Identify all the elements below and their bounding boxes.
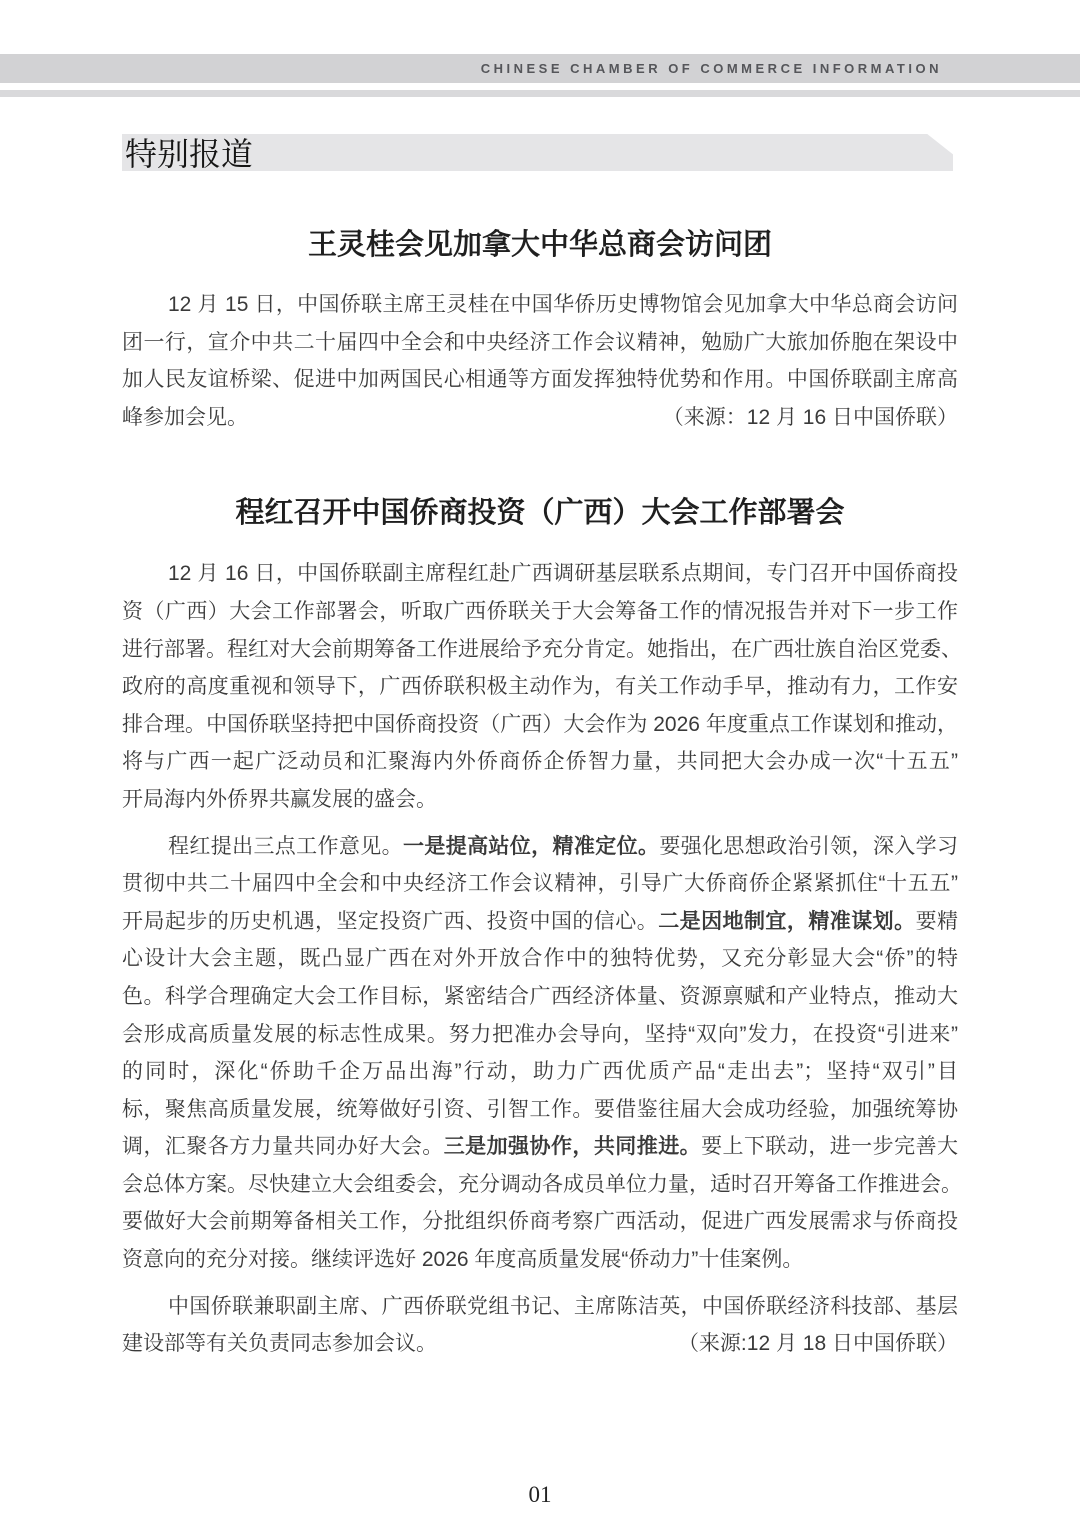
body-line-text: 程红提出三点工作意见。一是提高站位，精准定位。要强化思想政治引领，深入学习 [168,835,958,858]
body-line-text: 心设计大会主题，既凸显广西在对外开放合作中的独特优势，又充分彰显大会“侨”的特 [122,947,958,970]
body-line-text: 标，聚焦高质量发展，统筹做好引资、引智工作。要借鉴往届大会成功经验，加强统筹协 [122,1098,958,1121]
text-run: 会形成高质量发展的标志性成果。努力把准办会导向，坚持“双向”发力，在投资“引进来… [122,1023,958,1046]
article-title: 王灵桂会见加拿大中华总商会访问团 [122,223,958,267]
body-line-text: 要做好大会前期筹备相关工作，分批组织侨商考察广西活动，促进广西发展需求与侨商投 [122,1210,958,1233]
header-rule [0,90,1080,97]
body-line-text: 开局起步的历史机遇，坚定投资广西、投资中国的信心。二是因地制宜，精准谋划。要精 [122,910,958,933]
body-line-text: 政府的高度重视和领导下，广西侨联积极主动作为，有关工作动手早，推动有力，工作安 [122,675,958,698]
body-line-text: 会形成高质量发展的标志性成果。努力把准办会导向，坚持“双向”发力，在投资“引进来… [122,1023,958,1046]
body-line: 12 月 16 日，中国侨联副主席程红赴广西调研基层联系点期间，专门召开中国侨商… [122,555,958,593]
body-line: 程红提出三点工作意见。一是提高站位，精准定位。要强化思想政治引领，深入学习 [122,828,958,866]
body-line: 峰参加会见。（来源：12 月 16 日中国侨联） [122,399,958,437]
text-run: 建设部等有关负责同志参加会议。 [122,1332,437,1355]
section-title: 特别报道 [125,133,253,175]
body-line: 要做好大会前期筹备相关工作，分批组织侨商考察广西活动，促进广西发展需求与侨商投 [122,1203,958,1241]
source-note: （来源：12 月 16 日中国侨联） [663,399,958,437]
body-line: 标，聚焦高质量发展，统筹做好引资、引智工作。要借鉴往届大会成功经验，加强统筹协 [122,1091,958,1129]
bold-run: 二是因地制宜，精准谋划。 [658,910,915,933]
article-title: 程红召开中国侨商投资（广西）大会工作部署会 [122,491,958,535]
source-note: （来源:12 月 18 日中国侨联） [678,1325,958,1363]
page-number: 01 [0,1482,1080,1508]
text-run: 峰参加会见。 [122,406,248,429]
body-line-text: 色。科学合理确定大会工作目标，紧密结合广西经济体量、资源禀赋和产业特点，推动大 [122,985,958,1008]
text-run: 标，聚焦高质量发展，统筹做好引资、引智工作。要借鉴往届大会成功经验，加强统筹协 [122,1098,958,1121]
body-line: 开局海内外侨界共赢发展的盛会。 [122,781,958,819]
body-line: 贯彻中共二十届四中全会和中央经济工作会议精神，引导广大侨商侨企紧紧抓住“十五五” [122,865,958,903]
body-line-text: 中国侨联兼职副主席、广西侨联党组书记、主席陈洁英，中国侨联经济科技部、基层 [168,1295,958,1318]
text-run: 政府的高度重视和领导下，广西侨联积极主动作为，有关工作动手早，推动有力，工作安 [122,675,958,698]
body-line-text: 峰参加会见。 [122,399,248,437]
body-line: 色。科学合理确定大会工作目标，紧密结合广西经济体量、资源禀赋和产业特点，推动大 [122,978,958,1016]
header-banner-text: CHINESE CHAMBER OF COMMERCE INFORMATION [481,61,1080,76]
body-line-text: 将与广西一起广泛动员和汇聚海内外侨商侨企侨智力量，共同把大会办成一次“十五五” [122,750,958,773]
body-line: 调，汇聚各方力量共同办好大会。三是加强协作，共同推进。要上下联动，进一步完善大 [122,1128,958,1166]
body-line: 排合理。中国侨联坚持把中国侨商投资（广西）大会作为 2026 年度重点工作谋划和… [122,706,958,744]
body-line: 会总体方案。尽快建立大会组委会，充分调动各成员单位力量，适时召开筹备工作推进会。 [122,1166,958,1204]
body-line-text: 调，汇聚各方力量共同办好大会。三是加强协作，共同推进。要上下联动，进一步完善大 [122,1135,958,1158]
paragraph: 12 月 15 日，中国侨联主席王灵桂在中国华侨历史博物馆会见加拿大中华总商会访… [122,286,958,436]
body-line: 资意向的充分对接。继续评选好 2026 年度高质量发展“侨动力”十佳案例。 [122,1241,958,1279]
paragraph: 12 月 16 日，中国侨联副主席程红赴广西调研基层联系点期间，专门召开中国侨商… [122,555,958,818]
body-line: 12 月 15 日，中国侨联主席王灵桂在中国华侨历史博物馆会见加拿大中华总商会访… [122,286,958,324]
articles-container: 王灵桂会见加拿大中华总商会访问团12 月 15 日，中国侨联主席王灵桂在中国华侨… [122,218,958,1363]
text-run: 会总体方案。尽快建立大会组委会，充分调动各成员单位力量，适时召开筹备工作推进会。 [122,1173,962,1196]
body-line-text: 进行部署。程红对大会前期筹备工作进展给予充分肯定。她指出，在广西壮族自治区党委、 [122,638,962,661]
body-line-text: 资意向的充分对接。继续评选好 2026 年度高质量发展“侨动力”十佳案例。 [122,1248,803,1271]
body-line: 的同时，深化“侨助千企万品出海”行动，助力广西优质产品“走出去”；坚持“双引”目 [122,1053,958,1091]
body-line-text: 建设部等有关负责同志参加会议。 [122,1325,437,1363]
text-run: 程红提出三点工作意见。 [168,835,403,858]
bold-run: 一是提高站位，精准定位。 [403,835,659,858]
body-line-text: 的同时，深化“侨助千企万品出海”行动，助力广西优质产品“走出去”；坚持“双引”目 [122,1060,958,1083]
text-run: 开局起步的历史机遇，坚定投资广西、投资中国的信心。 [122,910,658,933]
body-line-text: 贯彻中共二十届四中全会和中央经济工作会议精神，引导广大侨商侨企紧紧抓住“十五五” [122,872,958,895]
body-line: 资（广西）大会工作部署会，听取广西侨联关于大会筹备工作的情况报告并对下一步工作 [122,593,958,631]
body-line: 中国侨联兼职副主席、广西侨联党组书记、主席陈洁英，中国侨联经济科技部、基层 [122,1288,958,1326]
body-line-text: 排合理。中国侨联坚持把中国侨商投资（广西）大会作为 2026 年度重点工作谋划和… [122,713,958,736]
paragraph: 程红提出三点工作意见。一是提高站位，精准定位。要强化思想政治引领，深入学习贯彻中… [122,828,958,1279]
body-line: 心设计大会主题，既凸显广西在对外开放合作中的独特优势，又充分彰显大会“侨”的特 [122,940,958,978]
body-line: 建设部等有关负责同志参加会议。（来源:12 月 18 日中国侨联） [122,1325,958,1363]
text-run: 调，汇聚各方力量共同办好大会。 [122,1135,444,1158]
text-run: 要上下联动，进一步完善大 [701,1135,958,1158]
bold-run: 三是加强协作，共同推进。 [444,1135,701,1158]
text-run: 要强化思想政治引领，深入学习 [659,835,958,858]
body-line: 进行部署。程红对大会前期筹备工作进展给予充分肯定。她指出，在广西壮族自治区党委、 [122,631,958,669]
text-run: 贯彻中共二十届四中全会和中央经济工作会议精神，引导广大侨商侨企紧紧抓住“十五五” [122,872,958,895]
text-run: 12 月 16 日，中国侨联副主席程红赴广西调研基层联系点期间，专门召开中国侨商… [168,562,958,585]
text-run: 12 月 15 日，中国侨联主席王灵桂在中国华侨历史博物馆会见加拿大中华总商会访… [168,293,958,316]
section-header: 特别报道 [122,134,953,171]
text-run: 要精 [916,910,958,933]
text-run: 将与广西一起广泛动员和汇聚海内外侨商侨企侨智力量，共同把大会办成一次“十五五” [122,750,958,773]
text-run: 色。科学合理确定大会工作目标，紧密结合广西经济体量、资源禀赋和产业特点，推动大 [122,985,958,1008]
paragraph: 中国侨联兼职副主席、广西侨联党组书记、主席陈洁英，中国侨联经济科技部、基层建设部… [122,1288,958,1363]
body-line: 会形成高质量发展的标志性成果。努力把准办会导向，坚持“双向”发力，在投资“引进来… [122,1016,958,1054]
body-line: 团一行，宣介中共二十届四中全会和中央经济工作会议精神，勉励广大旅加侨胞在架设中 [122,324,958,362]
text-run: 心设计大会主题，既凸显广西在对外开放合作中的独特优势，又充分彰显大会“侨”的特 [122,947,958,970]
text-run: 进行部署。程红对大会前期筹备工作进展给予充分肯定。她指出，在广西壮族自治区党委、 [122,638,962,661]
body-line-text: 开局海内外侨界共赢发展的盛会。 [122,788,437,811]
body-line-text: 12 月 16 日，中国侨联副主席程红赴广西调研基层联系点期间，专门召开中国侨商… [168,562,958,585]
body-line-text: 团一行，宣介中共二十届四中全会和中央经济工作会议精神，勉励广大旅加侨胞在架设中 [122,331,958,354]
body-line-text: 12 月 15 日，中国侨联主席王灵桂在中国华侨历史博物馆会见加拿大中华总商会访… [168,293,958,316]
body-line: 加人民友谊桥梁、促进中加两国民心相通等方面发挥独特优势和作用。中国侨联副主席高 [122,361,958,399]
document-page: { "colors": { "band_bg": "#d2d2d4", "thi… [0,0,1080,1525]
text-run: 团一行，宣介中共二十届四中全会和中央经济工作会议精神，勉励广大旅加侨胞在架设中 [122,331,958,354]
text-run: 排合理。中国侨联坚持把中国侨商投资（广西）大会作为 2026 年度重点工作谋划和… [122,713,958,736]
header-band: CHINESE CHAMBER OF COMMERCE INFORMATION [0,54,1080,83]
body-line: 政府的高度重视和领导下，广西侨联积极主动作为，有关工作动手早，推动有力，工作安 [122,668,958,706]
text-run: 开局海内外侨界共赢发展的盛会。 [122,788,437,811]
text-run: 中国侨联兼职副主席、广西侨联党组书记、主席陈洁英，中国侨联经济科技部、基层 [168,1295,958,1318]
body-line: 开局起步的历史机遇，坚定投资广西、投资中国的信心。二是因地制宜，精准谋划。要精 [122,903,958,941]
body-line: 将与广西一起广泛动员和汇聚海内外侨商侨企侨智力量，共同把大会办成一次“十五五” [122,743,958,781]
text-run: 加人民友谊桥梁、促进中加两国民心相通等方面发挥独特优势和作用。中国侨联副主席高 [122,368,958,391]
text-run: 的同时，深化“侨助千企万品出海”行动，助力广西优质产品“走出去”；坚持“双引”目 [122,1060,958,1083]
body-line-text: 会总体方案。尽快建立大会组委会，充分调动各成员单位力量，适时召开筹备工作推进会。 [122,1173,962,1196]
text-run: 资意向的充分对接。继续评选好 2026 年度高质量发展“侨动力”十佳案例。 [122,1248,803,1271]
body-line-text: 资（广西）大会工作部署会，听取广西侨联关于大会筹备工作的情况报告并对下一步工作 [122,600,958,623]
text-run: 资（广西）大会工作部署会，听取广西侨联关于大会筹备工作的情况报告并对下一步工作 [122,600,958,623]
text-run: 要做好大会前期筹备相关工作，分批组织侨商考察广西活动，促进广西发展需求与侨商投 [122,1210,958,1233]
body-line-text: 加人民友谊桥梁、促进中加两国民心相通等方面发挥独特优势和作用。中国侨联副主席高 [122,368,958,391]
